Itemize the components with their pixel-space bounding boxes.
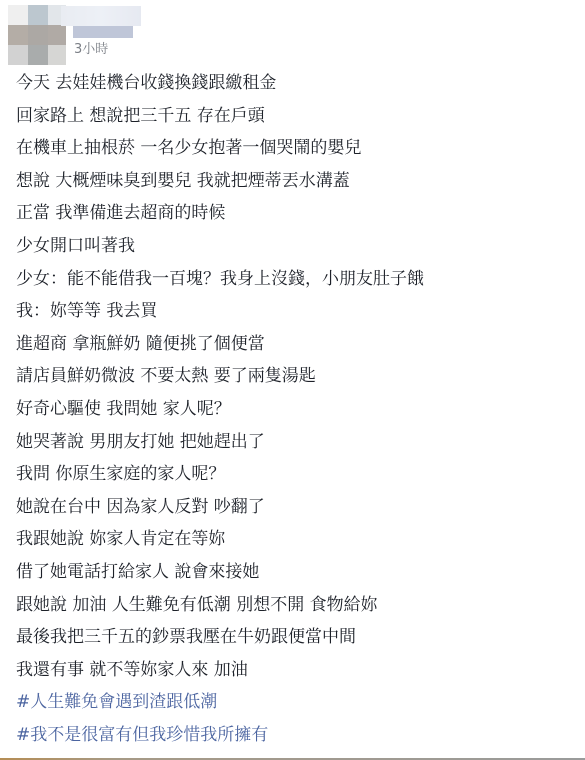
- avatar-pixel: [8, 25, 28, 45]
- post-text-line: 正當 我準備進去超商的時候: [16, 197, 576, 230]
- avatar-pixel: [28, 45, 48, 65]
- author-subtitle-blurred: [73, 26, 133, 38]
- post-text-line: 最後我把三千五的鈔票我壓在牛奶跟便當中間: [16, 621, 576, 654]
- hashtag-link[interactable]: #我不是很富有但我珍惜我所擁有: [16, 725, 268, 745]
- avatar-pixel: [48, 45, 66, 65]
- post-text-line: 跟她說 加油 人生難免有低潮 別想不開 食物給妳: [16, 589, 576, 622]
- post-text-line: 我還有事 就不等妳家人來 加油: [16, 654, 576, 687]
- avatar[interactable]: [8, 5, 66, 65]
- post-text-line: 在機車上抽根菸 一名少女抱著一個哭鬧的嬰兒: [16, 132, 576, 165]
- post-text-line: 回家路上 想說把三千五 存在戶頭: [16, 100, 576, 133]
- post-text-line: 她哭著說 男朋友打她 把她趕出了: [16, 426, 576, 459]
- hashtag-link[interactable]: #人生難免會遇到渣跟低潮: [16, 692, 217, 712]
- post-header: 3小時: [0, 0, 585, 66]
- post-text-line: 好奇心驅使 我問她 家人呢？: [16, 393, 576, 426]
- avatar-pixel: [28, 5, 48, 25]
- post-text-line: 我：妳等等 我去買: [16, 295, 576, 328]
- post-text-line: 少女開口叫著我: [16, 230, 576, 263]
- avatar-pixel: [8, 45, 28, 65]
- post-text-line: 我問 你原生家庭的家人呢？: [16, 458, 576, 491]
- post-body: 今天 去娃娃機台收錢換錢跟繳租金 回家路上 想說把三千五 存在戶頭 在機車上抽根…: [16, 67, 576, 751]
- post-text-line: 她說在台中 因為家人反對 吵翻了: [16, 491, 576, 524]
- post-text-line: 今天 去娃娃機台收錢換錢跟繳租金: [16, 67, 576, 100]
- post-text-line: 請店員鮮奶微波 不要太熱 要了兩隻湯匙: [16, 360, 576, 393]
- hashtag-line: #我不是很富有但我珍惜我所擁有: [16, 719, 576, 752]
- post-text-line: 少女：能不能借我一百塊？我身上沒錢，小朋友肚子餓: [16, 263, 576, 296]
- post-text-line: 想說 大概煙味臭到嬰兒 我就把煙蒂丟水溝蓋: [16, 165, 576, 198]
- hashtag-line: #人生難免會遇到渣跟低潮: [16, 686, 576, 719]
- avatar-pixel: [48, 25, 66, 45]
- avatar-pixel: [8, 5, 28, 25]
- post-text-line: 進超商 拿瓶鮮奶 隨便挑了個便當: [16, 328, 576, 361]
- author-name-blurred[interactable]: [61, 6, 141, 26]
- avatar-pixel: [28, 25, 48, 45]
- post-text-line: 借了她電話打給家人 說會來接她: [16, 556, 576, 589]
- post-timestamp[interactable]: 3小時: [74, 40, 108, 60]
- post-text-line: 我跟她說 妳家人肯定在等妳: [16, 523, 576, 556]
